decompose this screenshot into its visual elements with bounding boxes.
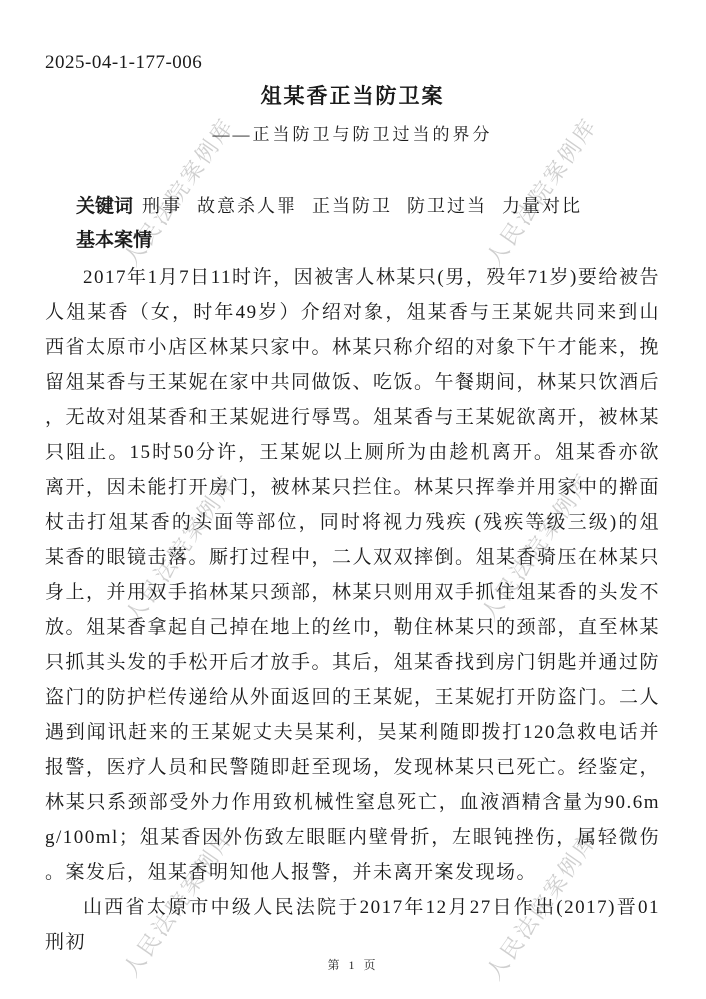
section-heading-basic-facts: 基本案情 <box>45 229 660 252</box>
case-subtitle: ——正当防卫与防卫过当的界分 <box>45 123 660 147</box>
document-content: 2025-04-1-177-006 俎某香正当防卫案 ——正当防卫与防卫过当的界… <box>0 0 706 960</box>
keywords-row: 关键词刑事故意杀人罪正当防卫防卫过当力量对比 <box>45 195 660 218</box>
keyword-item: 刑事 <box>142 196 182 216</box>
keyword-item: 正当防卫 <box>312 196 392 216</box>
case-number: 2025-04-1-177-006 <box>45 52 660 74</box>
body-paragraph: 2017年1月7日11时许，因被害人林某只(男，殁年71岁)要给被告人俎某香（女… <box>45 260 660 890</box>
body-paragraph: 山西省太原市中级人民法院于2017年12月27日作出(2017)晋01刑初 <box>45 890 660 960</box>
document-page: 人民法院案例库 人民法院案例库 人民法院案例库 人民法院案例库 人民法院案例库 … <box>0 0 706 999</box>
keywords-label: 关键词 <box>76 196 133 217</box>
page-number-footer: 第 1 页 <box>0 956 706 973</box>
keyword-item: 故意杀人罪 <box>197 196 297 216</box>
keyword-item: 防卫过当 <box>407 196 487 216</box>
keyword-item: 力量对比 <box>502 196 582 216</box>
case-title: 俎某香正当防卫案 <box>45 83 660 109</box>
